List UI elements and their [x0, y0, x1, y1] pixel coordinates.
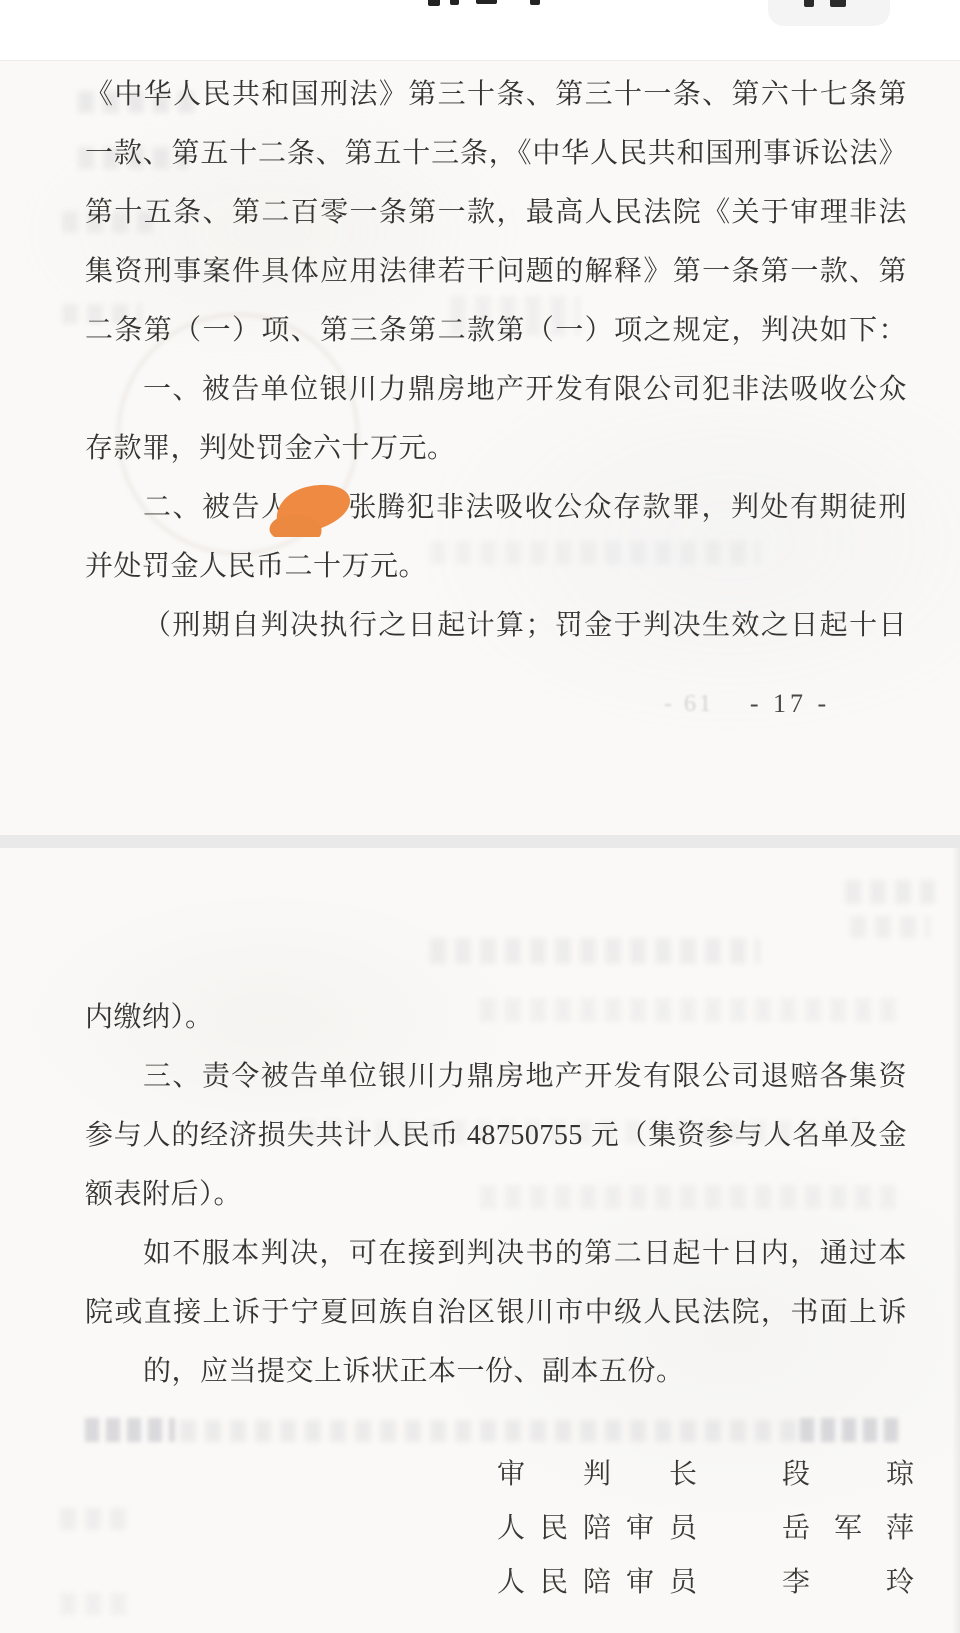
document-page-1: 《中华人民共和国刑法》第三十条、第三十一条、第六十七条第 一款、第五十二条、第五…: [0, 60, 960, 836]
signature-gap: [697, 1502, 782, 1556]
page-number: - 17 -: [728, 683, 852, 725]
signature-row: 审判长 段琼: [497, 1448, 914, 1502]
app-header: [0, 0, 960, 60]
bleed-through-page-number: - 61: [664, 691, 714, 718]
bleed-through-text-row: [180, 1420, 800, 1442]
document-line: 《中华人民共和国刑法》第三十条、第三十一条、第六十七条第: [85, 65, 907, 124]
line-text-pre: 二、被告人: [143, 492, 291, 523]
document-line: 如不服本判决，可在接到判决书的第二日起十日内，通过本: [85, 1224, 907, 1283]
signature-name: 李玲: [782, 1556, 914, 1610]
bleed-through-text-row: [85, 1418, 175, 1442]
signature-block: 审判长 段琼 人民陪审员 岳军萍 人民陪审员 李玲: [497, 1448, 914, 1610]
document-line: 存款罪，判处罚金六十万元。: [85, 419, 907, 478]
follow-button[interactable]: [768, 0, 890, 26]
bleed-through-smudge: [60, 1593, 130, 1615]
signature-gap: [697, 1448, 782, 1502]
clipped-title-text-mark: [476, 0, 497, 4]
document-line: 院或直接上诉于宁夏回族自治区银川市中级人民法院，书面上诉: [85, 1283, 907, 1342]
document-line: 内缴纳）。: [85, 988, 907, 1047]
document-line: 一款、第五十二条、第五十三条，《中华人民共和国刑事诉讼法》: [85, 124, 907, 183]
orange-redaction-scribble: [270, 478, 354, 537]
document-page-2: 内缴纳）。 三、责令被告单位银川力鼎房地产开发有限公司退赔各集资 参与人的经济损…: [0, 848, 960, 1633]
judgment-text-block: 内缴纳）。 三、责令被告单位银川力鼎房地产开发有限公司退赔各集资 参与人的经济损…: [85, 988, 907, 1401]
judgment-text-block: 《中华人民共和国刑法》第三十条、第三十一条、第六十七条第 一款、第五十二条、第五…: [85, 65, 907, 655]
signature-role: 审判长: [497, 1448, 697, 1502]
bleed-through-smudge: [430, 938, 760, 964]
signature-name: 岳军萍: [782, 1502, 914, 1556]
signature-row: 人民陪审员 李玲: [497, 1556, 914, 1610]
document-line: 三、责令被告单位银川力鼎房地产开发有限公司退赔各集资: [85, 1047, 907, 1106]
clipped-title-text-mark: [530, 0, 540, 5]
covered-name-text: 张腾: [349, 492, 406, 523]
page-separator: [0, 835, 960, 848]
document-line: 并处罚金人民币二十万元。: [85, 537, 907, 596]
bleed-through-smudge: [845, 880, 935, 904]
document-line: 的，应当提交上诉状正本一份、副本五份。: [85, 1342, 907, 1401]
clipped-button-text-mark: [804, 0, 814, 7]
defendant-sentence-line: 二、被告人张腾犯非法吸收公众存款罪，判处有期徒刑四年，: [85, 478, 907, 537]
clipped-title-text-mark: [428, 0, 440, 6]
document-line: 额表附后）。: [85, 1165, 907, 1224]
bleed-through-smudge: [60, 1508, 130, 1530]
signature-row: 人民陪审员 岳军萍: [497, 1502, 914, 1556]
document-line: （刑期自判决执行之日起计算；罚金于判决生效之日起十日: [85, 596, 907, 655]
document-line: 集资刑事案件具体应用法律若干问题的解释》第一条第一款、第: [85, 242, 907, 301]
document-line: 二条第（一）项、第三条第二款第（一）项之规定，判决如下：: [85, 301, 907, 360]
document-line: 参与人的经济损失共计人民币 48750755 元（集资参与人名单及金: [85, 1106, 907, 1165]
clipped-button-text-mark: [830, 0, 846, 7]
signature-gap: [697, 1556, 782, 1610]
bleed-through-smudge: [850, 916, 930, 938]
document-line: 第十五条、第二百零一条第一款，最高人民法院《关于审理非法: [85, 183, 907, 242]
redacted-name: 张腾: [291, 478, 406, 537]
bleed-through-text-row: [800, 1418, 905, 1442]
clipped-title-text-mark: [450, 0, 459, 5]
signature-name: 段琼: [782, 1448, 914, 1502]
signature-role: 人民陪审员: [497, 1502, 697, 1556]
signature-role: 人民陪审员: [497, 1556, 697, 1610]
document-line: 一、被告单位银川力鼎房地产开发有限公司犯非法吸收公众: [85, 360, 907, 419]
